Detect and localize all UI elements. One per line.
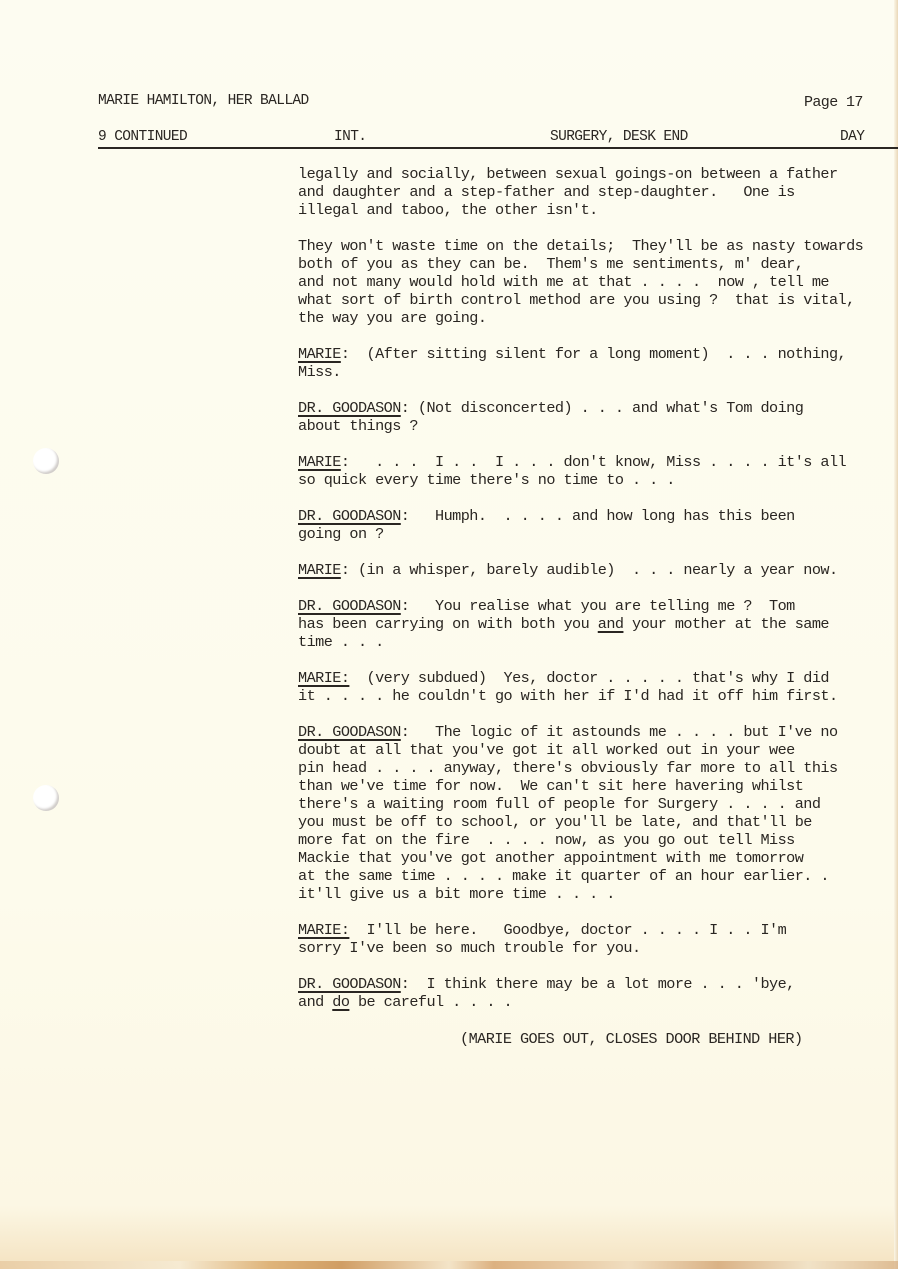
scene-location: SURGERY, DESK END xyxy=(550,128,688,146)
dialogue-line: there's a waiting room full of people fo… xyxy=(298,795,898,813)
dialogue-line: the way you are going. xyxy=(298,309,898,327)
page-number: Page 17 xyxy=(804,94,863,112)
dialogue-line: DR. GOODASON: I think there may be a lot… xyxy=(298,975,898,993)
scene-number: 9 CONTINUED xyxy=(98,128,187,146)
dialogue-line: what sort of birth control method are yo… xyxy=(298,291,898,309)
dialogue-line: and do be careful . . . . xyxy=(298,993,898,1011)
dialogue-line: and daughter and a step-father and step-… xyxy=(298,183,898,201)
dialogue-block: MARIE: . . . I . . I . . . don't know, M… xyxy=(298,453,898,489)
dialogue-line: doubt at all that you've got it all work… xyxy=(298,741,898,759)
dialogue-line: you must be off to school, or you'll be … xyxy=(298,813,898,831)
dialogue-line: MARIE: (in a whisper, barely audible) . … xyxy=(298,561,898,579)
speaker-name: MARIE: xyxy=(298,921,349,939)
time-of-day: DAY xyxy=(840,128,864,146)
dialogue-line: more fat on the fire . . . . now, as you… xyxy=(298,831,898,849)
speaker-name: MARIE xyxy=(298,345,341,363)
slugline-rule xyxy=(98,147,898,149)
dialogue-line: pin head . . . . anyway, there's obvious… xyxy=(298,759,898,777)
dialogue-body: legally and socially, between sexual goi… xyxy=(298,165,898,1029)
dialogue-line: illegal and taboo, the other isn't. xyxy=(298,201,898,219)
narration-block: They won't waste time on the details; Th… xyxy=(298,237,898,327)
dialogue-block: DR. GOODASON: (Not disconcerted) . . . a… xyxy=(298,399,898,435)
script-title: MARIE HAMILTON, HER BALLAD xyxy=(98,92,309,110)
emphasis: and xyxy=(598,615,624,633)
dialogue-line: DR. GOODASON: (Not disconcerted) . . . a… xyxy=(298,399,898,417)
dialogue-line: and not many would hold with me at that … xyxy=(298,273,898,291)
dialogue-line: DR. GOODASON: Humph. . . . . and how lon… xyxy=(298,507,898,525)
speaker-name: DR. GOODASON xyxy=(298,399,401,417)
dialogue-line: both of you as they can be. Them's me se… xyxy=(298,255,898,273)
dialogue-line: DR. GOODASON: You realise what you are t… xyxy=(298,597,898,615)
punch-hole xyxy=(33,448,59,474)
dialogue-line: time . . . xyxy=(298,633,898,651)
dialogue-line: it . . . . he couldn't go with her if I'… xyxy=(298,687,898,705)
int-ext: INT. xyxy=(334,128,366,146)
speaker-name: DR. GOODASON xyxy=(298,723,401,741)
paper-stain xyxy=(0,1261,898,1269)
dialogue-line: MARIE: (very subdued) Yes, doctor . . . … xyxy=(298,669,898,687)
dialogue-block: DR. GOODASON: You realise what you are t… xyxy=(298,597,898,651)
speaker-name: MARIE xyxy=(298,453,341,471)
dialogue-block: MARIE: (very subdued) Yes, doctor . . . … xyxy=(298,669,898,705)
dialogue-line: Mackie that you've got another appointme… xyxy=(298,849,898,867)
dialogue-block: DR. GOODASON: I think there may be a lot… xyxy=(298,975,898,1011)
dialogue-line: going on ? xyxy=(298,525,898,543)
narration-block: legally and socially, between sexual goi… xyxy=(298,165,898,219)
speaker-name: DR. GOODASON xyxy=(298,975,401,993)
dialogue-line: than we've time for now. We can't sit he… xyxy=(298,777,898,795)
dialogue-line: MARIE: . . . I . . I . . . don't know, M… xyxy=(298,453,898,471)
dialogue-line: so quick every time there's no time to .… xyxy=(298,471,898,489)
dialogue-line: it'll give us a bit more time . . . . xyxy=(298,885,898,903)
dialogue-block: DR. GOODASON: Humph. . . . . and how lon… xyxy=(298,507,898,543)
dialogue-line: MARIE: I'll be here. Goodbye, doctor . .… xyxy=(298,921,898,939)
dialogue-block: MARIE: (After sitting silent for a long … xyxy=(298,345,898,381)
dialogue-line: Miss. xyxy=(298,363,898,381)
punch-hole xyxy=(33,785,59,811)
dialogue-line: has been carrying on with both you and y… xyxy=(298,615,898,633)
speaker-name: MARIE xyxy=(298,561,341,579)
dialogue-line: They won't waste time on the details; Th… xyxy=(298,237,898,255)
speaker-name: DR. GOODASON xyxy=(298,507,401,525)
dialogue-line: at the same time . . . . make it quarter… xyxy=(298,867,898,885)
dialogue-block: MARIE: I'll be here. Goodbye, doctor . .… xyxy=(298,921,898,957)
dialogue-block: DR. GOODASON: The logic of it astounds m… xyxy=(298,723,898,903)
speaker-name: DR. GOODASON xyxy=(298,597,401,615)
dialogue-line: legally and socially, between sexual goi… xyxy=(298,165,898,183)
scene-slugline: 9 CONTINUED INT. SURGERY, DESK END DAY xyxy=(98,128,898,148)
dialogue-line: DR. GOODASON: The logic of it astounds m… xyxy=(298,723,898,741)
dialogue-line: sorry I've been so much trouble for you. xyxy=(298,939,898,957)
script-page: MARIE HAMILTON, HER BALLAD Page 17 9 CON… xyxy=(0,0,898,1269)
emphasis: do xyxy=(332,993,349,1011)
stage-direction: (MARIE GOES OUT, CLOSES DOOR BEHIND HER) xyxy=(460,1030,803,1048)
speaker-name: MARIE: xyxy=(298,669,349,687)
dialogue-line: MARIE: (After sitting silent for a long … xyxy=(298,345,898,363)
dialogue-block: MARIE: (in a whisper, barely audible) . … xyxy=(298,561,898,579)
dialogue-line: about things ? xyxy=(298,417,898,435)
